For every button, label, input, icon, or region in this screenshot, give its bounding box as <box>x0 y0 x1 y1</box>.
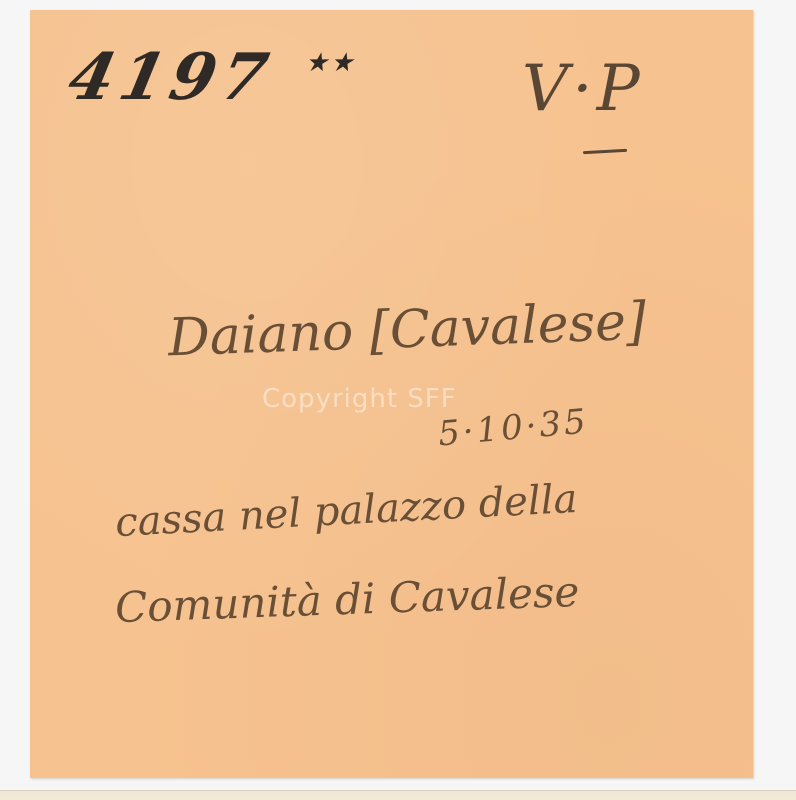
bottom-strip <box>0 790 796 800</box>
note-line-2: Comunità di Cavalese <box>114 567 580 632</box>
catalog-number: 4197 <box>62 40 280 115</box>
initials-underline <box>583 149 627 154</box>
date: 5·10·35 <box>437 402 591 455</box>
star-icons: ★★ <box>305 48 356 78</box>
initials: V·P <box>522 52 644 126</box>
place-name: Daiano [Cavalese] <box>167 292 647 369</box>
note-line-1: cassa nel palazzo della <box>114 476 578 546</box>
copyright-watermark: Copyright SFF <box>262 384 457 414</box>
